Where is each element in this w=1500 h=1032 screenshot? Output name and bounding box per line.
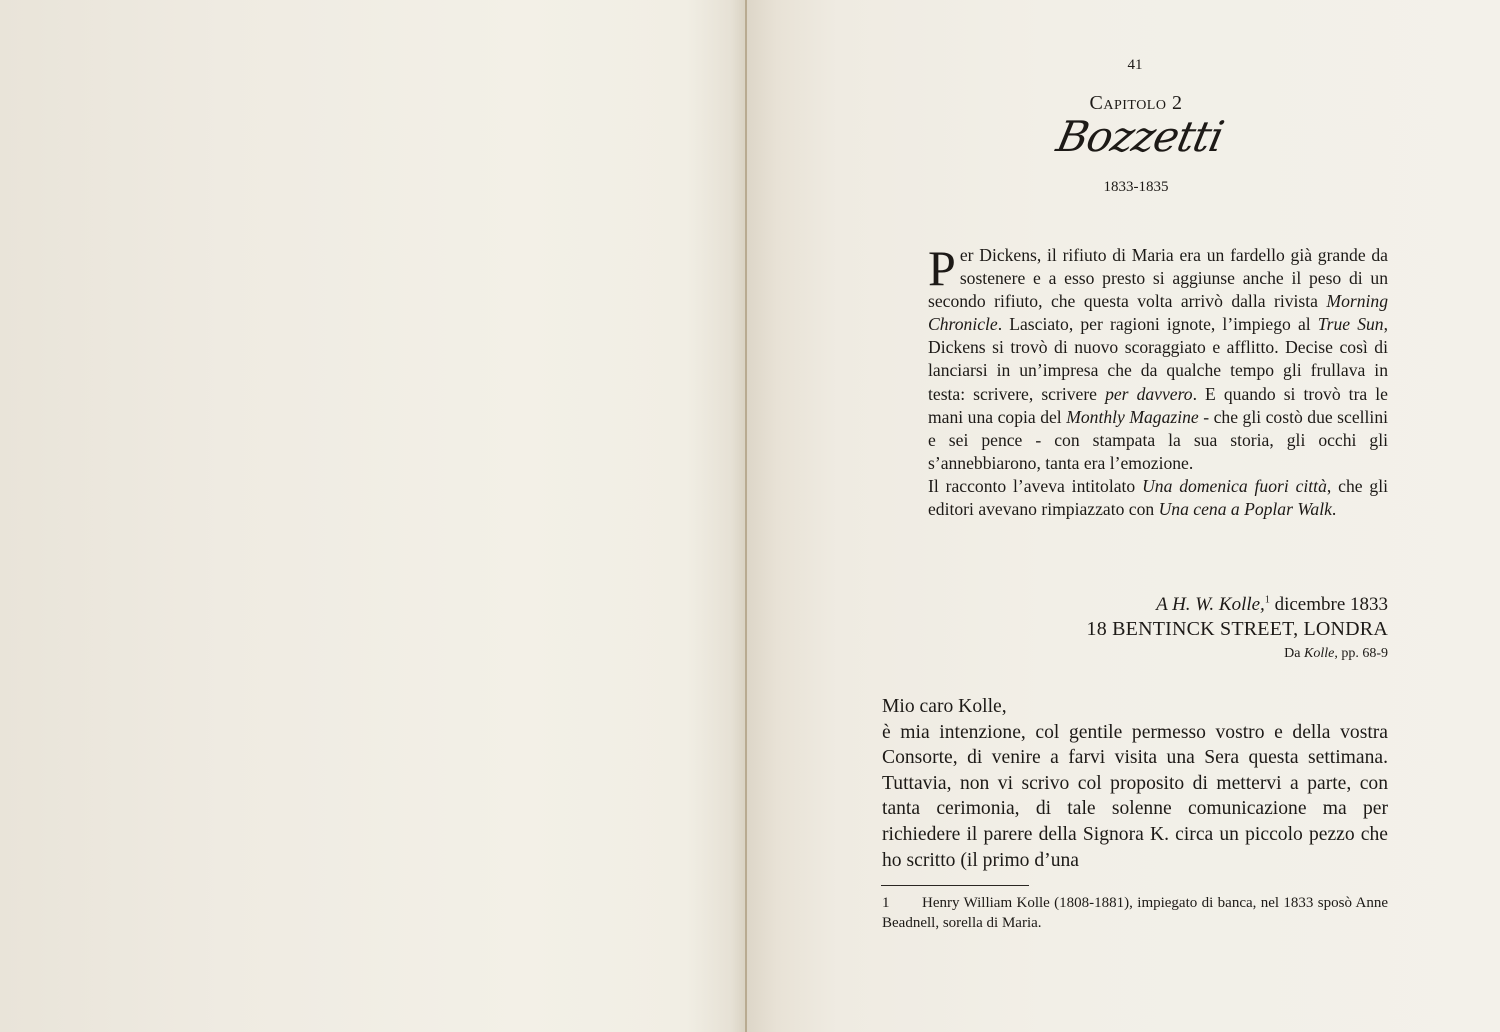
text-run: Il racconto l’aveva intitolato <box>928 476 1142 496</box>
text-run: . Lasciato, per ragioni ignote, l’impieg… <box>998 314 1318 334</box>
letter-address: 18 BENTINCK STREET, LONDRA <box>900 617 1388 641</box>
book-spread: 41 Capitolo 2 Bozzetti 1833-1835 Per Dic… <box>0 0 1500 1032</box>
intro-paragraph-1: Per Dickens, il rifiuto di Maria era un … <box>928 244 1388 475</box>
letter-heading: A H. W. Kolle,1 dicembre 1833 18 BENTINC… <box>900 593 1388 665</box>
footnote-text: Henry William Kolle (1808-1881), impiega… <box>882 895 1388 931</box>
letter-source-prefix: Da <box>1284 646 1304 661</box>
italic-title: Monthly Magazine <box>1066 407 1199 427</box>
intro-text: Per Dickens, il rifiuto di Maria era un … <box>928 244 1388 521</box>
left-page-blank <box>0 0 746 1032</box>
italic-title: True Sun <box>1318 314 1384 334</box>
letter-source-title: Kolle <box>1304 646 1334 661</box>
letter-recipient: A H. W. Kolle, <box>1156 594 1265 615</box>
intro-paragraph-2: Il racconto l’aveva intitolato Una domen… <box>928 475 1388 521</box>
chapter-title-script: Bozzetti <box>1035 112 1245 161</box>
footnote-reference[interactable]: 1 <box>1265 595 1270 606</box>
text-run: . <box>1332 499 1336 519</box>
page-number: 41 <box>1120 57 1150 74</box>
letter-salutation: Mio caro Kolle, <box>882 694 1388 720</box>
footnote-divider <box>881 885 1029 886</box>
footnote-1: 1Henry William Kolle (1808-1881), impieg… <box>882 893 1388 933</box>
drop-cap: P <box>928 246 956 288</box>
italic-title: per davvero <box>1105 384 1193 404</box>
letter-date: dicembre 1833 <box>1275 594 1388 615</box>
letter-body: Mio caro Kolle, è mia intenzione, col ge… <box>882 694 1388 873</box>
chapter-years: 1833-1835 <box>1086 179 1186 196</box>
letter-recipient-line: A H. W. Kolle,1 dicembre 1833 <box>900 593 1388 617</box>
letter-text: è mia intenzione, col gentile permesso v… <box>882 720 1388 874</box>
text-run: er Dickens, il rifiuto di Maria era un f… <box>928 245 1388 311</box>
letter-source: Da Kolle, pp. 68-9 <box>900 643 1388 665</box>
footnote-number: 1 <box>882 893 922 913</box>
letter-source-pages: , pp. 68-9 <box>1334 646 1388 661</box>
intro-p1-runs: er Dickens, il rifiuto di Maria era un f… <box>928 245 1388 473</box>
italic-title: Una cena a Poplar Walk <box>1159 499 1332 519</box>
intro-p2-runs: Il racconto l’aveva intitolato Una domen… <box>928 476 1388 519</box>
italic-title: Una domenica fuori città <box>1142 476 1327 496</box>
